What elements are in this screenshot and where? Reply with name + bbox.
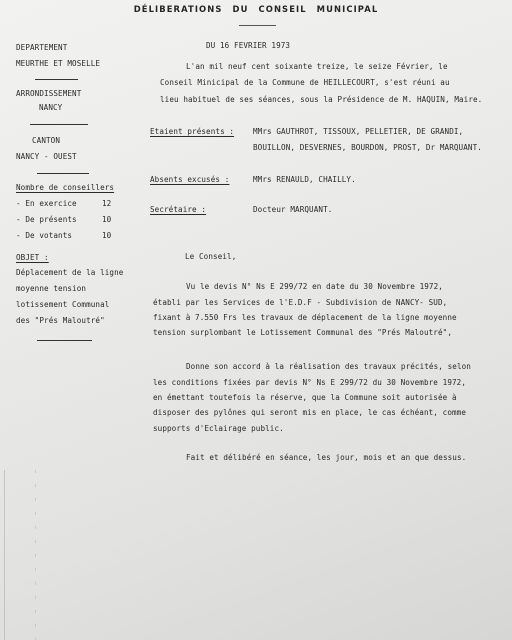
objet-line: lotissement Communal xyxy=(16,300,109,309)
objet-line: moyenne tension xyxy=(16,284,86,293)
departement-label: DEPARTEMENT xyxy=(16,43,67,52)
departement-value: MEURTHE ET MOSELLE xyxy=(16,59,100,68)
vu-line: fixant à 7.550 Frs les travaux de déplac… xyxy=(153,313,457,322)
presents-line: MMrs GAUTHROT, TISSOUX, PELLETIER, DE GR… xyxy=(253,127,463,136)
accord-line: Donne son accord à la réalisation des tr… xyxy=(186,362,471,371)
absents-label: Absents excusés : xyxy=(150,175,229,184)
preamble-line: lieu habituel de ses séances, sous la Pr… xyxy=(160,95,482,104)
conseillers-count: 10 xyxy=(102,231,126,240)
canton-value: NANCY - OUEST xyxy=(16,152,77,161)
conseillers-label: - De votants xyxy=(16,231,102,240)
accord-line: disposer des pylônes qui seront mis en p… xyxy=(153,408,466,417)
title-divider xyxy=(239,25,276,26)
accord-line: les conditions fixées par devis N° Ns E … xyxy=(153,378,466,387)
conseillers-count: 10 xyxy=(102,215,126,224)
section-divider xyxy=(37,173,89,174)
salutation: Le Conseil, xyxy=(185,252,236,261)
section-divider xyxy=(37,340,92,341)
arrondissement-label: ARRONDISSEMENT xyxy=(16,89,81,98)
vu-line: tension surplombant le Lotissement Commu… xyxy=(153,328,452,337)
objet-line: Déplacement de la ligne xyxy=(16,268,123,277)
accord-line: supports d'Eclairage public. xyxy=(153,424,284,433)
objet-line: des "Prés Maloutré" xyxy=(16,316,105,325)
objet-label: OBJET : xyxy=(16,253,49,262)
canton-label: CANTON xyxy=(32,136,60,145)
conseillers-row-votants: - De votants 10 xyxy=(16,231,126,240)
preamble-line: L'an mil neuf cent soixante treize, le s… xyxy=(186,62,448,71)
absents-value: MMrs RENAULD, CHAILLY. xyxy=(253,175,356,184)
preamble-line: Conseil Minicipal de la Commune de HEILL… xyxy=(160,78,450,87)
vu-line: établi par les Services de l'E.D.F - Sub… xyxy=(153,298,447,307)
binding-marks xyxy=(35,470,36,640)
page-edge-shadow xyxy=(4,470,5,640)
section-divider xyxy=(30,124,88,125)
document-title: DÉLIBERATIONS DU CONSEIL MUNICIPAL xyxy=(0,4,512,14)
conseillers-count: 12 xyxy=(102,199,126,208)
conseillers-label: - De présents xyxy=(16,215,102,224)
conseillers-heading: Nombre de conseillers xyxy=(16,183,114,192)
conseillers-row-exercice: - En exercice 12 xyxy=(16,199,126,208)
conseillers-row-presents: - De présents 10 xyxy=(16,215,126,224)
secretaire-value: Docteur MARQUANT. xyxy=(253,205,332,214)
document-date: DU 16 FEVRIER 1973 xyxy=(206,41,290,50)
arrondissement-value: NANCY xyxy=(39,103,62,112)
section-divider xyxy=(35,79,78,80)
closing-line: Fait et délibéré en séance, les jour, mo… xyxy=(186,453,466,462)
vu-line: Vu le devis N° Ns E 299/72 en date du 30… xyxy=(186,282,443,291)
presents-line: BOUILLON, DESVERNES, BOURDON, PROST, Dr … xyxy=(253,143,482,152)
secretaire-label: Secrétaire : xyxy=(150,205,206,214)
accord-line: en émettant toutefois la réserve, que la… xyxy=(153,393,457,402)
presents-label: Etaient présents : xyxy=(150,127,234,136)
conseillers-label: - En exercice xyxy=(16,199,102,208)
deliberation-page: DÉLIBERATIONS DU CONSEIL MUNICIPAL DU 16… xyxy=(0,0,512,640)
